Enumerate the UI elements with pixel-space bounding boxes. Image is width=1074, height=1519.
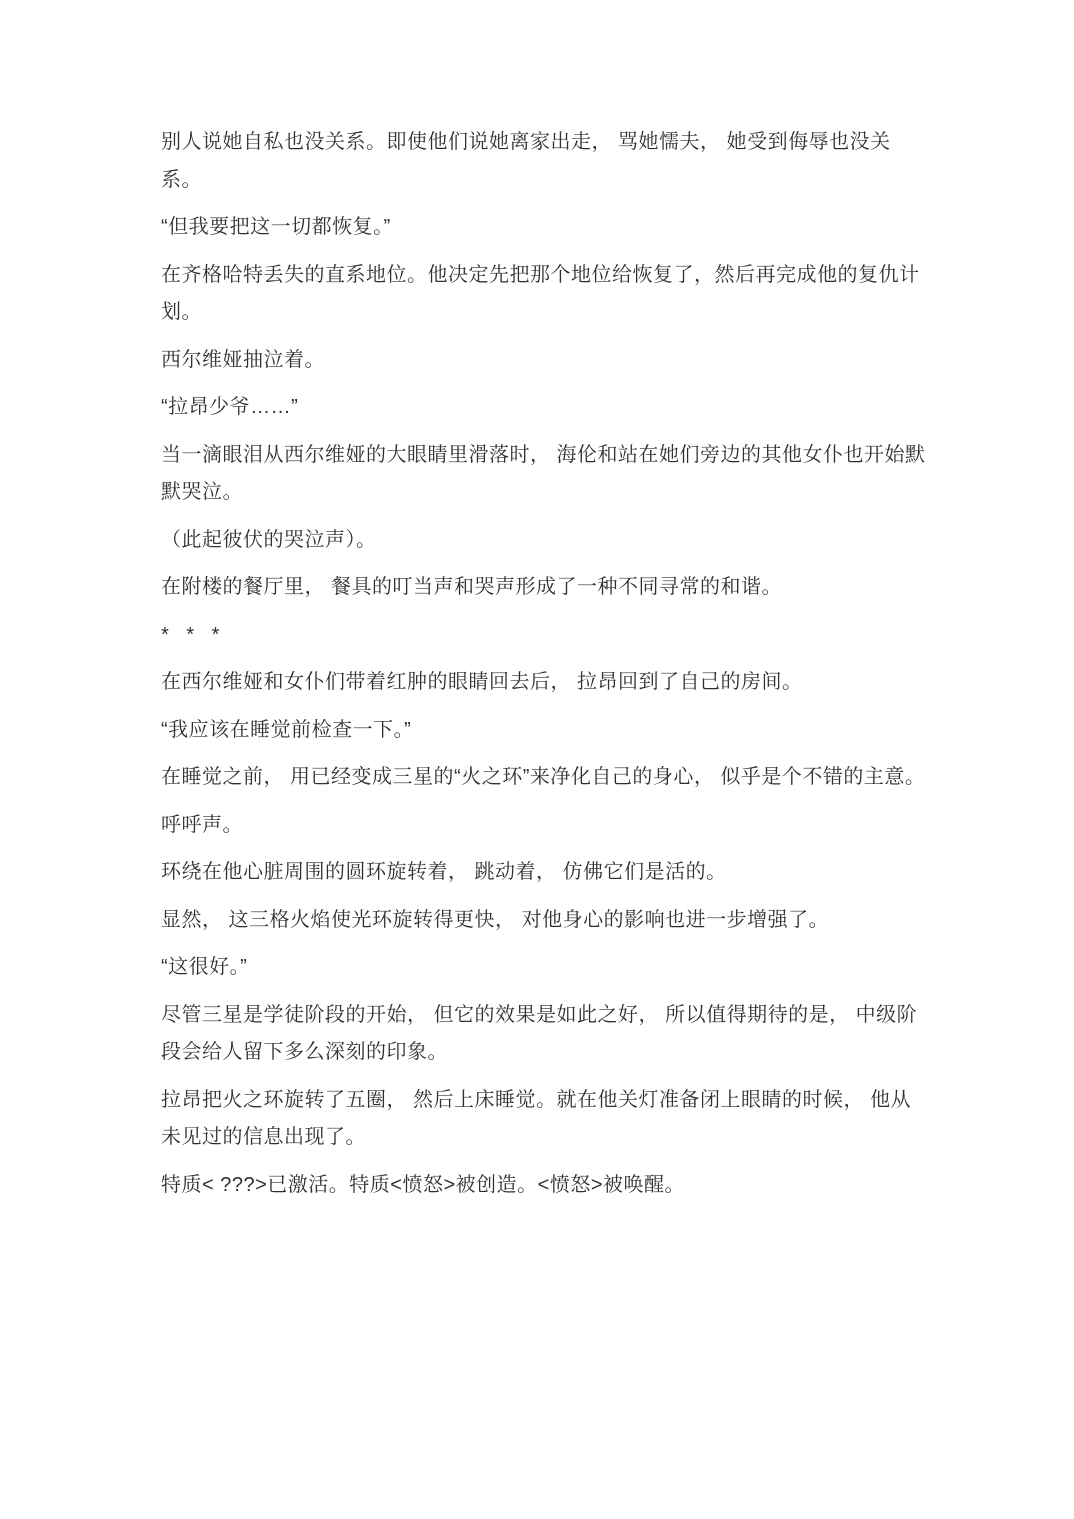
paragraph: 在睡觉之前， 用已经变成三星的“火之环”来净化自己的身心， 似乎是个不错的主意。 <box>161 759 930 797</box>
paragraph: 拉昂把火之环旋转了五圈， 然后上床睡觉。就在他关灯准备闭上眼睛的时候， 他从未见… <box>161 1082 930 1157</box>
paragraph: 当一滴眼泪从西尔维娅的大眼睛里滑落时， 海伦和站在她们旁边的其他女仆也开始默默哭… <box>161 437 930 512</box>
paragraph: 尽管三星是学徒阶段的开始， 但它的效果是如此之好， 所以值得期待的是， 中级阶段… <box>161 997 930 1072</box>
status-message-line: 特质< ???>已激活。特质<愤怒>被创造。<愤怒>被唤醒。 <box>161 1167 930 1205</box>
paragraph-quote: “但我要把这一切都恢复。” <box>161 209 930 247</box>
paragraph: 在西尔维娅和女仆们带着红肿的眼睛回去后， 拉昂回到了自己的房间。 <box>161 664 930 702</box>
paragraph: （此起彼伏的哭泣声）。 <box>161 522 930 560</box>
paragraph: 在齐格哈特丢失的直系地位。他决定先把那个地位给恢复了，然后再完成他的复仇计划。 <box>161 257 930 332</box>
paragraph: 呼呼声。 <box>161 807 930 845</box>
paragraph-quote: “拉昂少爷……” <box>161 389 930 427</box>
document-page: 别人说她自私也没关系。即使他们说她离家出走， 骂她懦夫， 她受到侮辱也没关系。 … <box>0 0 1074 1519</box>
section-separator: * * * <box>161 617 930 655</box>
paragraph-quote: “这很好。” <box>161 949 930 987</box>
paragraph: 别人说她自私也没关系。即使他们说她离家出走， 骂她懦夫， 她受到侮辱也没关系。 <box>161 124 930 199</box>
paragraph: 显然， 这三格火焰使光环旋转得更快， 对他身心的影响也进一步增强了。 <box>161 902 930 940</box>
paragraph: 环绕在他心脏周围的圆环旋转着， 跳动着， 仿佛它们是活的。 <box>161 854 930 892</box>
paragraph: 西尔维娅抽泣着。 <box>161 342 930 380</box>
paragraph-quote: “我应该在睡觉前检查一下。” <box>161 712 930 750</box>
paragraph: 在附楼的餐厅里， 餐具的叮当声和哭声形成了一种不同寻常的和谐。 <box>161 569 930 607</box>
